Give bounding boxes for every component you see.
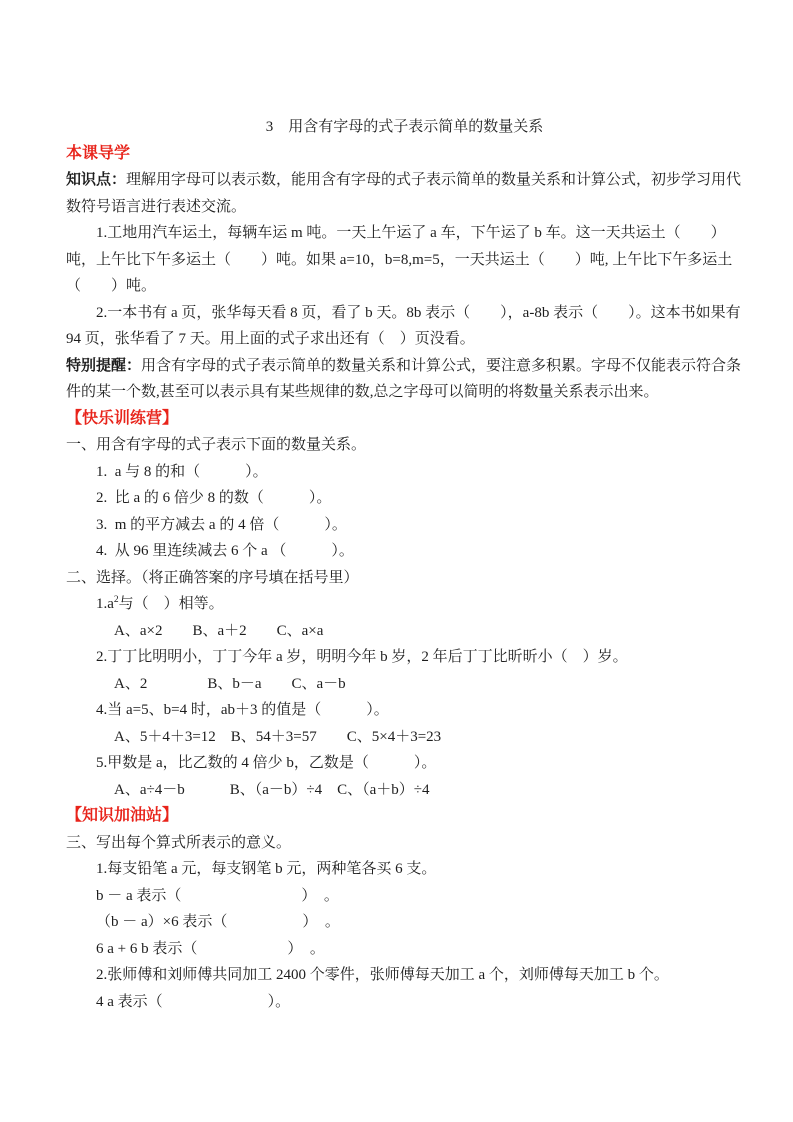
part-three-q1-expression-3: 6 a + 6 b 表示（ ） 。 xyxy=(66,936,743,963)
special-reminder-label: 特别提醒： xyxy=(66,358,141,374)
guide-problem-2: 2.一本书有 a 页，张华每天看 8 页，看了 b 天。8b 表示（ ），a-8… xyxy=(66,300,743,353)
q1-suffix: 与（ ）相等。 xyxy=(119,596,224,612)
part-two-question-4: 4.当 a=5、b=4 时，ab＋3 的值是（ ）。 xyxy=(66,697,743,724)
page-title: 3 用含有字母的式子表示简单的数量关系 xyxy=(66,114,743,141)
part-three-question-1: 1.每支铅笔 a 元，每支钢笔 b 元，两种笔各买 6 支。 xyxy=(66,856,743,883)
section-heading-knowledge-station: 【知识加油站】 xyxy=(66,803,743,830)
part-one-item-4: 4. 从 96 里连续减去 6 个 a （ ）。 xyxy=(66,538,743,565)
part-two-question-5-options: A、a÷4－b B、（a－b）÷4 C、（a＋b）÷4 xyxy=(66,777,743,804)
part-three-q1-expression-2: （b － a）×6 表示（ ） 。 xyxy=(66,909,743,936)
knowledge-point-paragraph: 知识点：理解用字母可以表示数，能用含有字母的式子表示简单的数量关系和计算公式，初… xyxy=(66,167,743,220)
part-two-question-1: 1.a2与（ ）相等。 xyxy=(66,591,743,618)
part-one-item-3: 3. m 的平方减去 a 的 4 倍（ ）。 xyxy=(66,512,743,539)
special-reminder-text: 用含有字母的式子表示简单的数量关系和计算公式，要注意多积累。字母不仅能表示符合条… xyxy=(66,358,741,401)
part-three-q2-expression: 4 a 表示（ ）。 xyxy=(66,989,743,1016)
part-two-question-2-options: A、2 B、b－a C、a－b xyxy=(66,671,743,698)
knowledge-point-label: 知识点： xyxy=(66,172,126,188)
special-reminder-paragraph: 特别提醒：用含有字母的式子表示简单的数量关系和计算公式，要注意多积累。字母不仅能… xyxy=(66,353,743,406)
guide-problem-1: 1.工地用汽车运土，每辆车运 m 吨。一天上午运了 a 车，下午运了 b 车。这… xyxy=(66,220,743,300)
section-heading-lesson-guide: 本课导学 xyxy=(66,141,743,168)
part-two-title: 二、选择。（将正确答案的序号填在括号里） xyxy=(66,565,743,592)
part-one-item-2: 2. 比 a 的 6 倍少 8 的数（ ）。 xyxy=(66,485,743,512)
part-one-title: 一、用含有字母的式子表示下面的数量关系。 xyxy=(66,432,743,459)
part-two-question-1-options: A、a×2 B、a＋2 C、a×a xyxy=(66,618,743,645)
part-two-question-4-options: A、5＋4＋3=12 B、54＋3=57 C、5×4＋3=23 xyxy=(66,724,743,751)
worksheet-page: 3 用含有字母的式子表示简单的数量关系 本课导学 知识点：理解用字母可以表示数，… xyxy=(0,0,793,1122)
section-heading-training-camp: 【快乐训练营】 xyxy=(66,406,743,433)
part-three-title: 三、写出每个算式所表示的意义。 xyxy=(66,830,743,857)
knowledge-point-text: 理解用字母可以表示数，能用含有字母的式子表示简单的数量关系和计算公式，初步学习用… xyxy=(66,172,741,215)
part-one-item-1: 1. a 与 8 的和（ ）。 xyxy=(66,459,743,486)
q1-prefix: 1.a xyxy=(96,596,114,612)
part-three-q1-expression-1: b － a 表示（ ） 。 xyxy=(66,883,743,910)
part-three-question-2: 2.张师傅和刘师傅共同加工 2400 个零件，张师傅每天加工 a 个，刘师傅每天… xyxy=(66,962,743,989)
part-two-question-5: 5.甲数是 a，比乙数的 4 倍少 b，乙数是（ ）。 xyxy=(66,750,743,777)
part-two-question-2: 2.丁丁比明明小，丁丁今年 a 岁，明明今年 b 岁，2 年后丁丁比昕昕小（ ）… xyxy=(66,644,743,671)
